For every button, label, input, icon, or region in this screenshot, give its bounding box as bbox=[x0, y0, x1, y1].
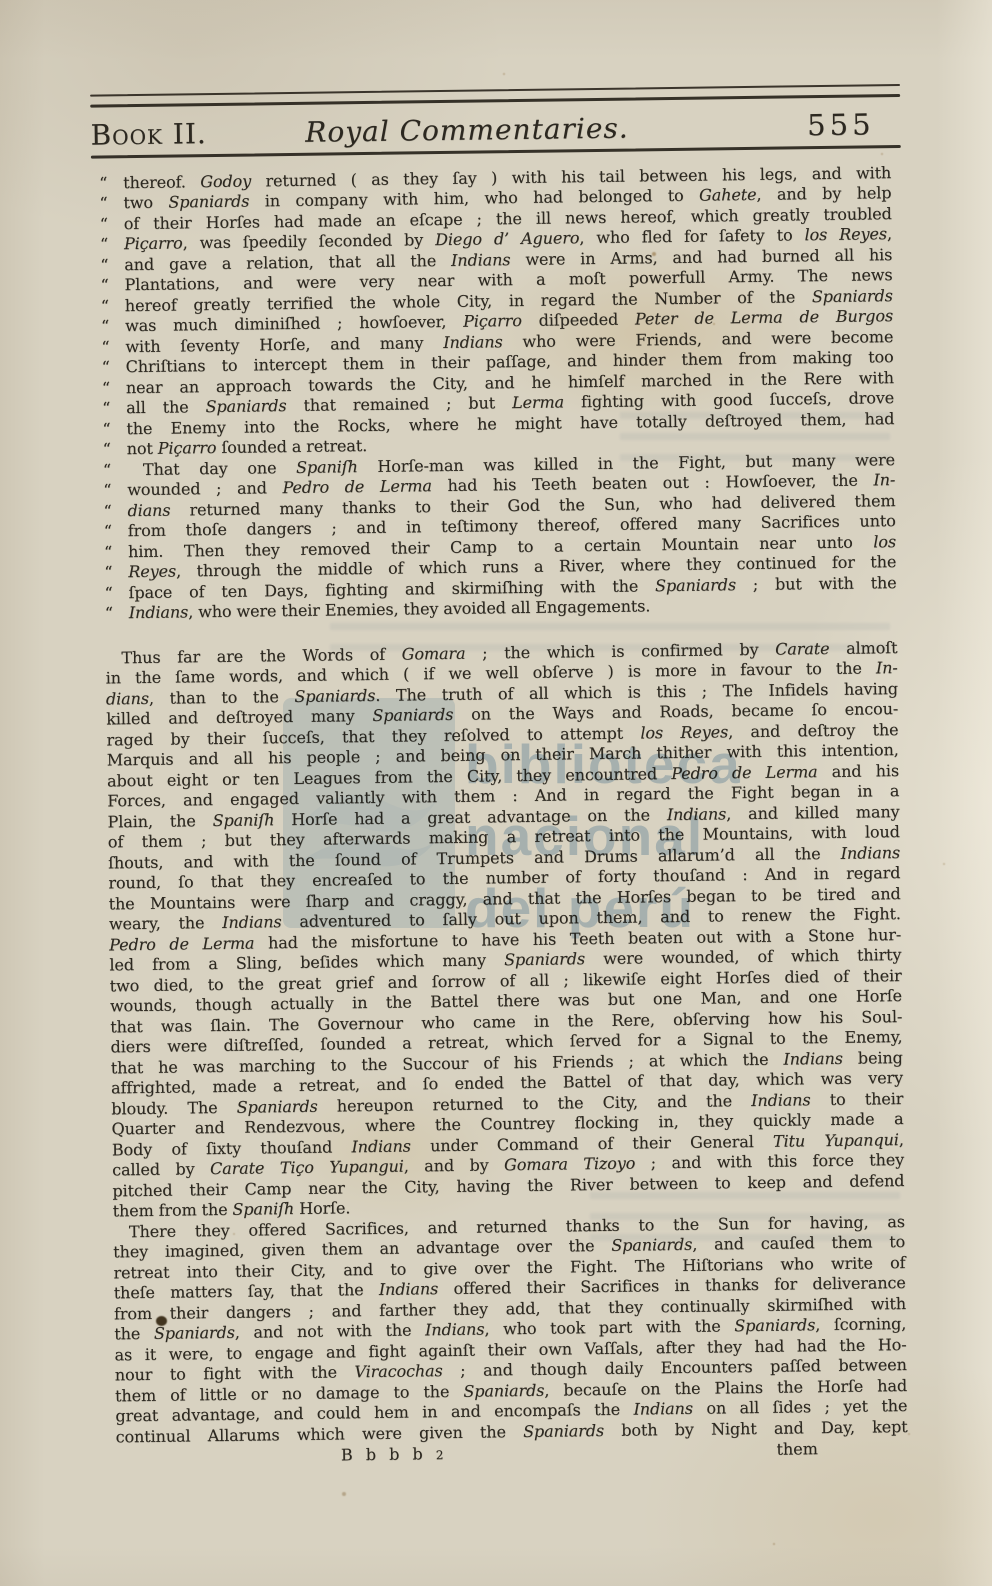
page-number: 555 bbox=[807, 106, 901, 141]
quote-mark: “ bbox=[100, 214, 108, 235]
book-label: Book II. bbox=[90, 117, 207, 152]
quote-mark: “ bbox=[104, 562, 112, 583]
quote-mark: “ bbox=[101, 316, 109, 337]
text-block: “That day one Spaniſh Horſe-man was kill… bbox=[103, 450, 897, 624]
quote-mark: “ bbox=[99, 173, 107, 194]
quote-mark: “ bbox=[100, 234, 108, 255]
quote-mark: “ bbox=[104, 521, 112, 542]
catchword: them bbox=[776, 1438, 918, 1459]
text-block: There they offered Sacrifices, and retur… bbox=[113, 1212, 908, 1448]
quote-mark: “ bbox=[102, 419, 110, 440]
quote-mark: “ bbox=[104, 583, 112, 604]
quote-mark: “ bbox=[103, 480, 111, 501]
quote-mark: “ bbox=[105, 603, 113, 624]
text-block: “thereof. Godoy returned ( as they ſay )… bbox=[99, 163, 895, 460]
signature-number: 2 bbox=[436, 1448, 444, 1462]
quote-mark: “ bbox=[100, 255, 108, 276]
quote-mark: “ bbox=[103, 501, 111, 522]
running-title: Royal Commentaries. bbox=[207, 109, 808, 150]
quote-mark: “ bbox=[102, 378, 110, 399]
header-rule-top-2 bbox=[90, 94, 900, 107]
quote-mark: “ bbox=[99, 193, 107, 214]
gathering-signature: B b b b 2 bbox=[341, 1444, 444, 1464]
quote-mark: “ bbox=[102, 398, 110, 419]
quote-mark: “ bbox=[103, 439, 111, 460]
running-header: Book II. Royal Commentaries. 555 bbox=[90, 106, 900, 151]
quote-mark: “ bbox=[102, 357, 110, 378]
quote-mark: “ bbox=[100, 275, 108, 296]
page-body: “thereof. Godoy returned ( as they ſay )… bbox=[91, 162, 918, 1447]
quote-mark: “ bbox=[101, 337, 109, 358]
page-sheet: Book II. Royal Commentaries. 555 “thereo… bbox=[90, 84, 918, 1467]
quote-mark: “ bbox=[101, 296, 109, 317]
quote-mark: “ bbox=[104, 542, 112, 563]
text-block: Thus far are the Words of Gomara ; the w… bbox=[105, 638, 904, 1222]
quote-mark: “ bbox=[103, 460, 111, 481]
